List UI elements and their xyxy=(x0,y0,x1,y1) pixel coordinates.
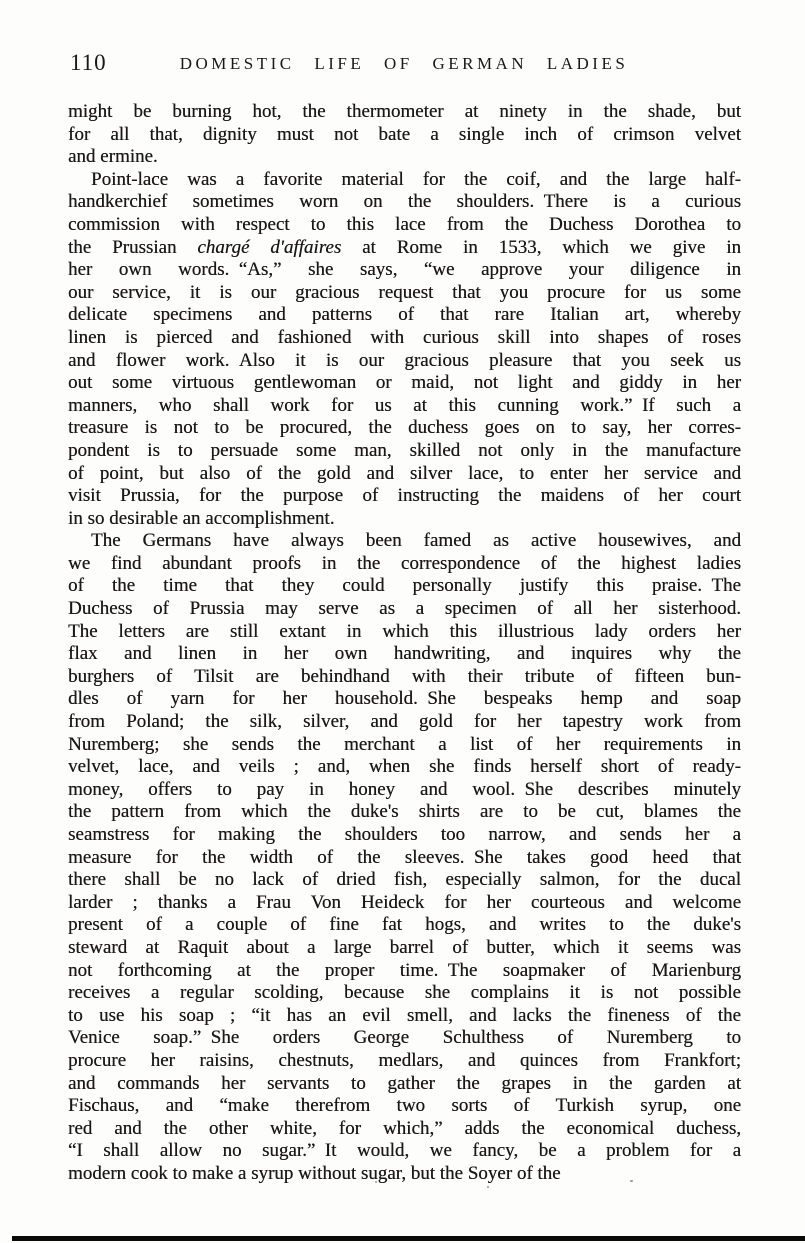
text-line: our service, it is our gracious request … xyxy=(68,282,741,305)
text-line: visit Prussia, for the purpose of instru… xyxy=(68,485,741,508)
text-line: in so desirable an accomplishment. xyxy=(68,508,741,531)
text-line: commission with respect to this lace fro… xyxy=(68,214,741,237)
text-line: present of a couple of fine fat hogs, an… xyxy=(68,914,741,937)
scan-speck xyxy=(375,1181,377,1183)
text-line: manners, who shall work for us at this c… xyxy=(68,395,741,418)
paragraph: might be burning hot, the thermometer at… xyxy=(68,101,741,169)
text-line: to use his soap ; “it has an evil smell,… xyxy=(68,1005,741,1028)
text-line: Duchess of Prussia may serve as a specim… xyxy=(68,598,741,621)
text-line: treasure is not to be procured, the duch… xyxy=(68,417,741,440)
text-line: measure for the width of the sleeves. Sh… xyxy=(68,847,741,870)
text-line: The Germans have always been famed as ac… xyxy=(68,530,741,553)
scan-speck xyxy=(487,1186,489,1188)
text-line: burghers of Tilsit are behindhand with t… xyxy=(68,666,741,689)
text-line: there shall be no lack of dried fish, es… xyxy=(68,869,741,892)
text-line: might be burning hot, the thermometer at… xyxy=(68,101,741,124)
text-line: for all that, dignity must not bate a si… xyxy=(68,124,741,147)
text-line: dles of yarn for her household. She besp… xyxy=(68,688,741,711)
text-line: red and the other white, for which,” add… xyxy=(68,1118,741,1141)
scan-edge-rule xyxy=(12,1236,805,1241)
text-line: Venice soap.” She orders George Schulthe… xyxy=(68,1027,741,1050)
text-line: linen is pierced and fashioned with curi… xyxy=(68,327,741,350)
text-line: and ermine. xyxy=(68,146,741,169)
text-line: pondent is to persuade some man, skilled… xyxy=(68,440,741,463)
text-line: The letters are still extant in which th… xyxy=(68,621,741,644)
text-line: out some virtuous gentlewoman or maid, n… xyxy=(68,372,741,395)
text-line: modern cook to make a syrup without suga… xyxy=(68,1163,741,1186)
text-line: Fischaus, and “make therefrom two sorts … xyxy=(68,1095,741,1118)
text-line: larder ; thanks a Frau Von Heideck for h… xyxy=(68,892,741,915)
text-line: money, offers to pay in honey and wool. … xyxy=(68,779,741,802)
book-page: 110 DOMESTIC LIFE OF GERMAN LADIES might… xyxy=(0,0,805,1243)
text-line: seamstress for making the shoulders too … xyxy=(68,824,741,847)
text-line: and flower work. Also it is our gracious… xyxy=(68,350,741,373)
text-line: the Prussian chargé d'affaires at Rome i… xyxy=(68,237,741,260)
text-line: we find abundant proofs in the correspon… xyxy=(68,553,741,576)
text-line: not forthcoming at the proper time. The … xyxy=(68,960,741,983)
text-line: and commands her servants to gather the … xyxy=(68,1073,741,1096)
text-line: handkerchief sometimes worn on the shoul… xyxy=(68,191,741,214)
text-line: procure her raisins, chestnuts, medlars,… xyxy=(68,1050,741,1073)
text-line: velvet, lace, and veils ; and, when she … xyxy=(68,756,741,779)
paragraph: Point-lace was a favorite material for t… xyxy=(68,169,741,531)
page-header: 110 DOMESTIC LIFE OF GERMAN LADIES xyxy=(68,50,740,80)
text-line: of point, but also of the gold and silve… xyxy=(68,463,741,486)
scan-speck xyxy=(630,1180,633,1182)
text-line: Point-lace was a favorite material for t… xyxy=(68,169,741,192)
running-title: DOMESTIC LIFE OF GERMAN LADIES xyxy=(68,54,740,74)
text-line: the pattern from which the duke's shirts… xyxy=(68,801,741,824)
text-line: her own words. “As,” she says, “we appro… xyxy=(68,259,741,282)
paragraph: The Germans have always been famed as ac… xyxy=(68,530,741,1185)
page-body: might be burning hot, the thermometer at… xyxy=(68,101,741,1186)
text-line: of the time that they could personally j… xyxy=(68,575,741,598)
text-line: flax and linen in her own handwriting, a… xyxy=(68,643,741,666)
text-line: from Poland; the silk, silver, and gold … xyxy=(68,711,741,734)
text-line: steward at Raquit about a large barrel o… xyxy=(68,937,741,960)
text-line: receives a regular scolding, because she… xyxy=(68,982,741,1005)
text-line: “I shall allow no sugar.” It would, we f… xyxy=(68,1140,741,1163)
text-line: delicate specimens and patterns of that … xyxy=(68,304,741,327)
text-line: Nuremberg; she sends the merchant a list… xyxy=(68,734,741,757)
